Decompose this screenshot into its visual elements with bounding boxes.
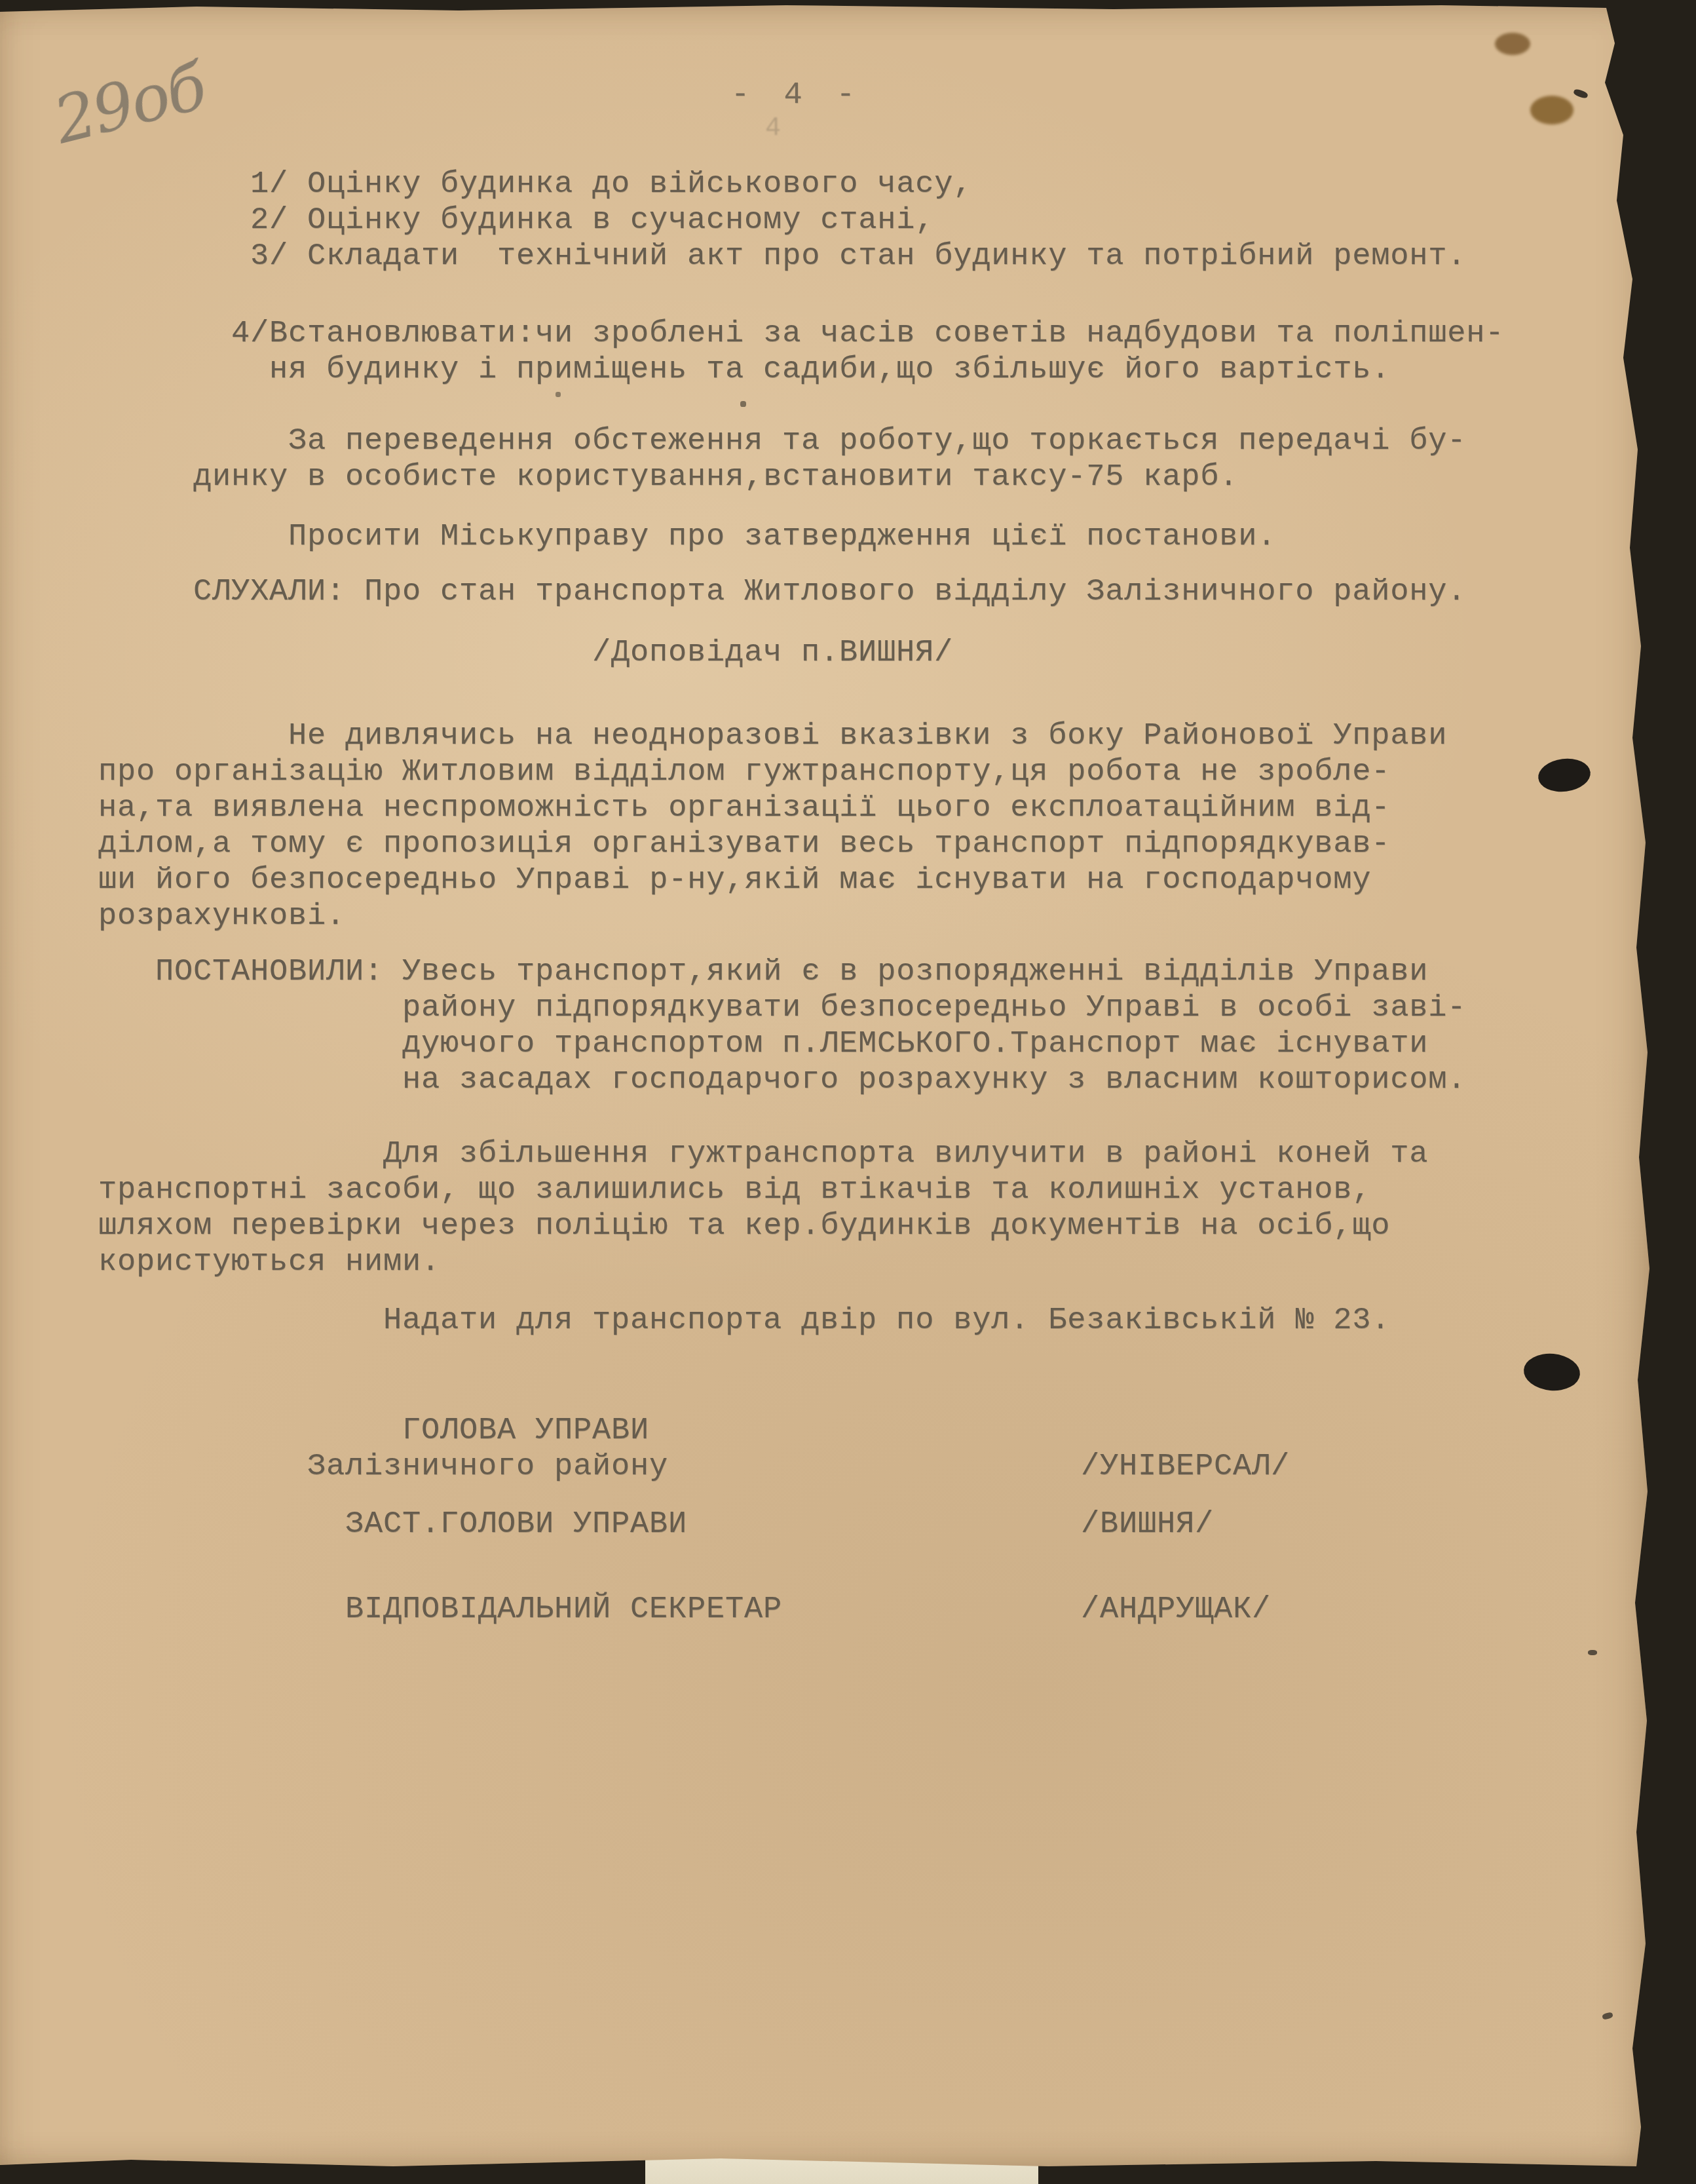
typewritten-line: району підпорядкувати безпосередньо Упра… (98, 990, 1625, 1026)
typewritten-line: ня будинку і приміщень та садиби,що збіл… (98, 352, 1625, 388)
sluhaly-heading: СЛУХАЛИ: Про стан транспорта Житлового в… (98, 574, 1625, 610)
signature-secretary: ВІДПОВІДАЛЬНИЙ СЕКРЕТАР/АНДРУЩАК/ (98, 1592, 1625, 1628)
typewritten-line: розрахункові. (98, 898, 1625, 934)
signature-name: /ВИШНЯ/ (1081, 1506, 1214, 1542)
item-4-paragraph: 4/Встановлювати:чи зроблені за часів сов… (98, 316, 1625, 388)
postanovyly-paragraph: ПОСТАНОВИЛИ: Увесь транспорт,який є в ро… (98, 954, 1625, 1098)
scanned-document: 29об - 4 - 4 1/ Оцінку будинка до військ… (0, 0, 1696, 2184)
typewritten-line: 4/Встановлювати:чи зроблені за часів сов… (98, 316, 1625, 352)
page-number: - 4 - (731, 77, 863, 113)
signature-name: /УНІВЕРСАЛ/ (1081, 1449, 1290, 1485)
typewritten-line: про організацію Житловим відділом гужтра… (98, 754, 1625, 790)
typewritten-line: ЗАСТ.ГОЛОВИ УПРАВИ/ВИШНЯ/ (98, 1506, 1625, 1542)
signature-deputy-chairman: ЗАСТ.ГОЛОВИ УПРАВИ/ВИШНЯ/ (98, 1506, 1625, 1542)
document-page: 29об - 4 - 4 1/ Оцінку будинка до військ… (0, 4, 1657, 2173)
yard-allocation-line: Надати для транспорта двір по вул. Безак… (98, 1303, 1625, 1339)
typewritten-line: /Доповідач п.ВИШНЯ/ (98, 635, 1625, 671)
signature-name: /АНДРУЩАК/ (1081, 1592, 1271, 1628)
typewritten-line: 1/ Оцінку будинка до військового часу, (98, 166, 1625, 202)
typewritten-line: ВІДПОВІДАЛЬНИЙ СЕКРЕТАР/АНДРУЩАК/ (98, 1592, 1625, 1628)
typewritten-line: Залізничного району/УНІВЕРСАЛ/ (98, 1449, 1625, 1485)
typewritten-line: За переведення обстеження та роботу,що т… (98, 423, 1625, 459)
typewritten-line: на,та виявлена неспроможність організаці… (98, 790, 1625, 826)
ink-speck (1588, 1650, 1597, 1655)
typewritten-line: ши його безпосередньо Управі р-ну,якій м… (98, 862, 1625, 898)
approval-request-paragraph: Просити Міськуправу про затвердження ціє… (98, 519, 1625, 555)
typewritten-line: Для збільшення гужтранспорта вилучити в … (98, 1136, 1625, 1172)
ink-speck (556, 392, 561, 397)
signature-chairman: ГОЛОВА УПРАВИЗалізничного району/УНІВЕРС… (98, 1413, 1625, 1485)
speaker-line: /Доповідач п.ВИШНЯ/ (98, 635, 1625, 671)
typewritten-line: 2/ Оцінку будинка в сучасному стані, (98, 202, 1625, 239)
typewritten-line: Надати для транспорта двір по вул. Безак… (98, 1303, 1625, 1339)
typewritten-line: ділом,а тому є пропозиція організувати в… (98, 826, 1625, 862)
typewritten-line: ГОЛОВА УПРАВИ (98, 1413, 1625, 1449)
ink-speck (740, 401, 746, 407)
typewritten-line: транспортні засоби, що залишились від вт… (98, 1172, 1625, 1208)
typewritten-line: ПОСТАНОВИЛИ: Увесь транспорт,який є в ро… (98, 954, 1625, 990)
page-number-ghost: 4 (765, 114, 781, 144)
typewritten-line: 3/ Складати технічний акт про стан будин… (98, 239, 1625, 275)
typewritten-line: користуються ними. (98, 1244, 1625, 1280)
typewritten-line: дуючого транспортом п.ЛЕМСЬКОГО.Транспор… (98, 1026, 1625, 1062)
typewritten-line: на засадах господарчого розрахунку з вла… (98, 1062, 1625, 1098)
numbered-list: 1/ Оцінку будинка до військового часу,2/… (98, 166, 1625, 275)
transport-report-paragraph: Не дивлячись на неодноразові вказівки з … (98, 718, 1625, 934)
brown-stain-top (1495, 33, 1530, 55)
typewritten-text: 1/ Оцінку будинка до військового часу,2/… (0, 4, 1657, 2173)
typewritten-line: Просити Міськуправу про затвердження ціє… (98, 519, 1625, 555)
typewritten-line: шляхом перевірки через поліцію та кер.бу… (98, 1208, 1625, 1244)
typewritten-line: СЛУХАЛИ: Про стан транспорта Житлового в… (98, 574, 1625, 610)
typewritten-line: Не дивлячись на неодноразові вказівки з … (98, 718, 1625, 754)
brown-stain-upper-right (1530, 96, 1574, 125)
fee-paragraph: За переведення обстеження та роботу,що т… (98, 423, 1625, 495)
typewritten-line: динку в особисте користування,встановити… (98, 459, 1625, 495)
horse-requisition-paragraph: Для збільшення гужтранспорта вилучити в … (98, 1136, 1625, 1280)
